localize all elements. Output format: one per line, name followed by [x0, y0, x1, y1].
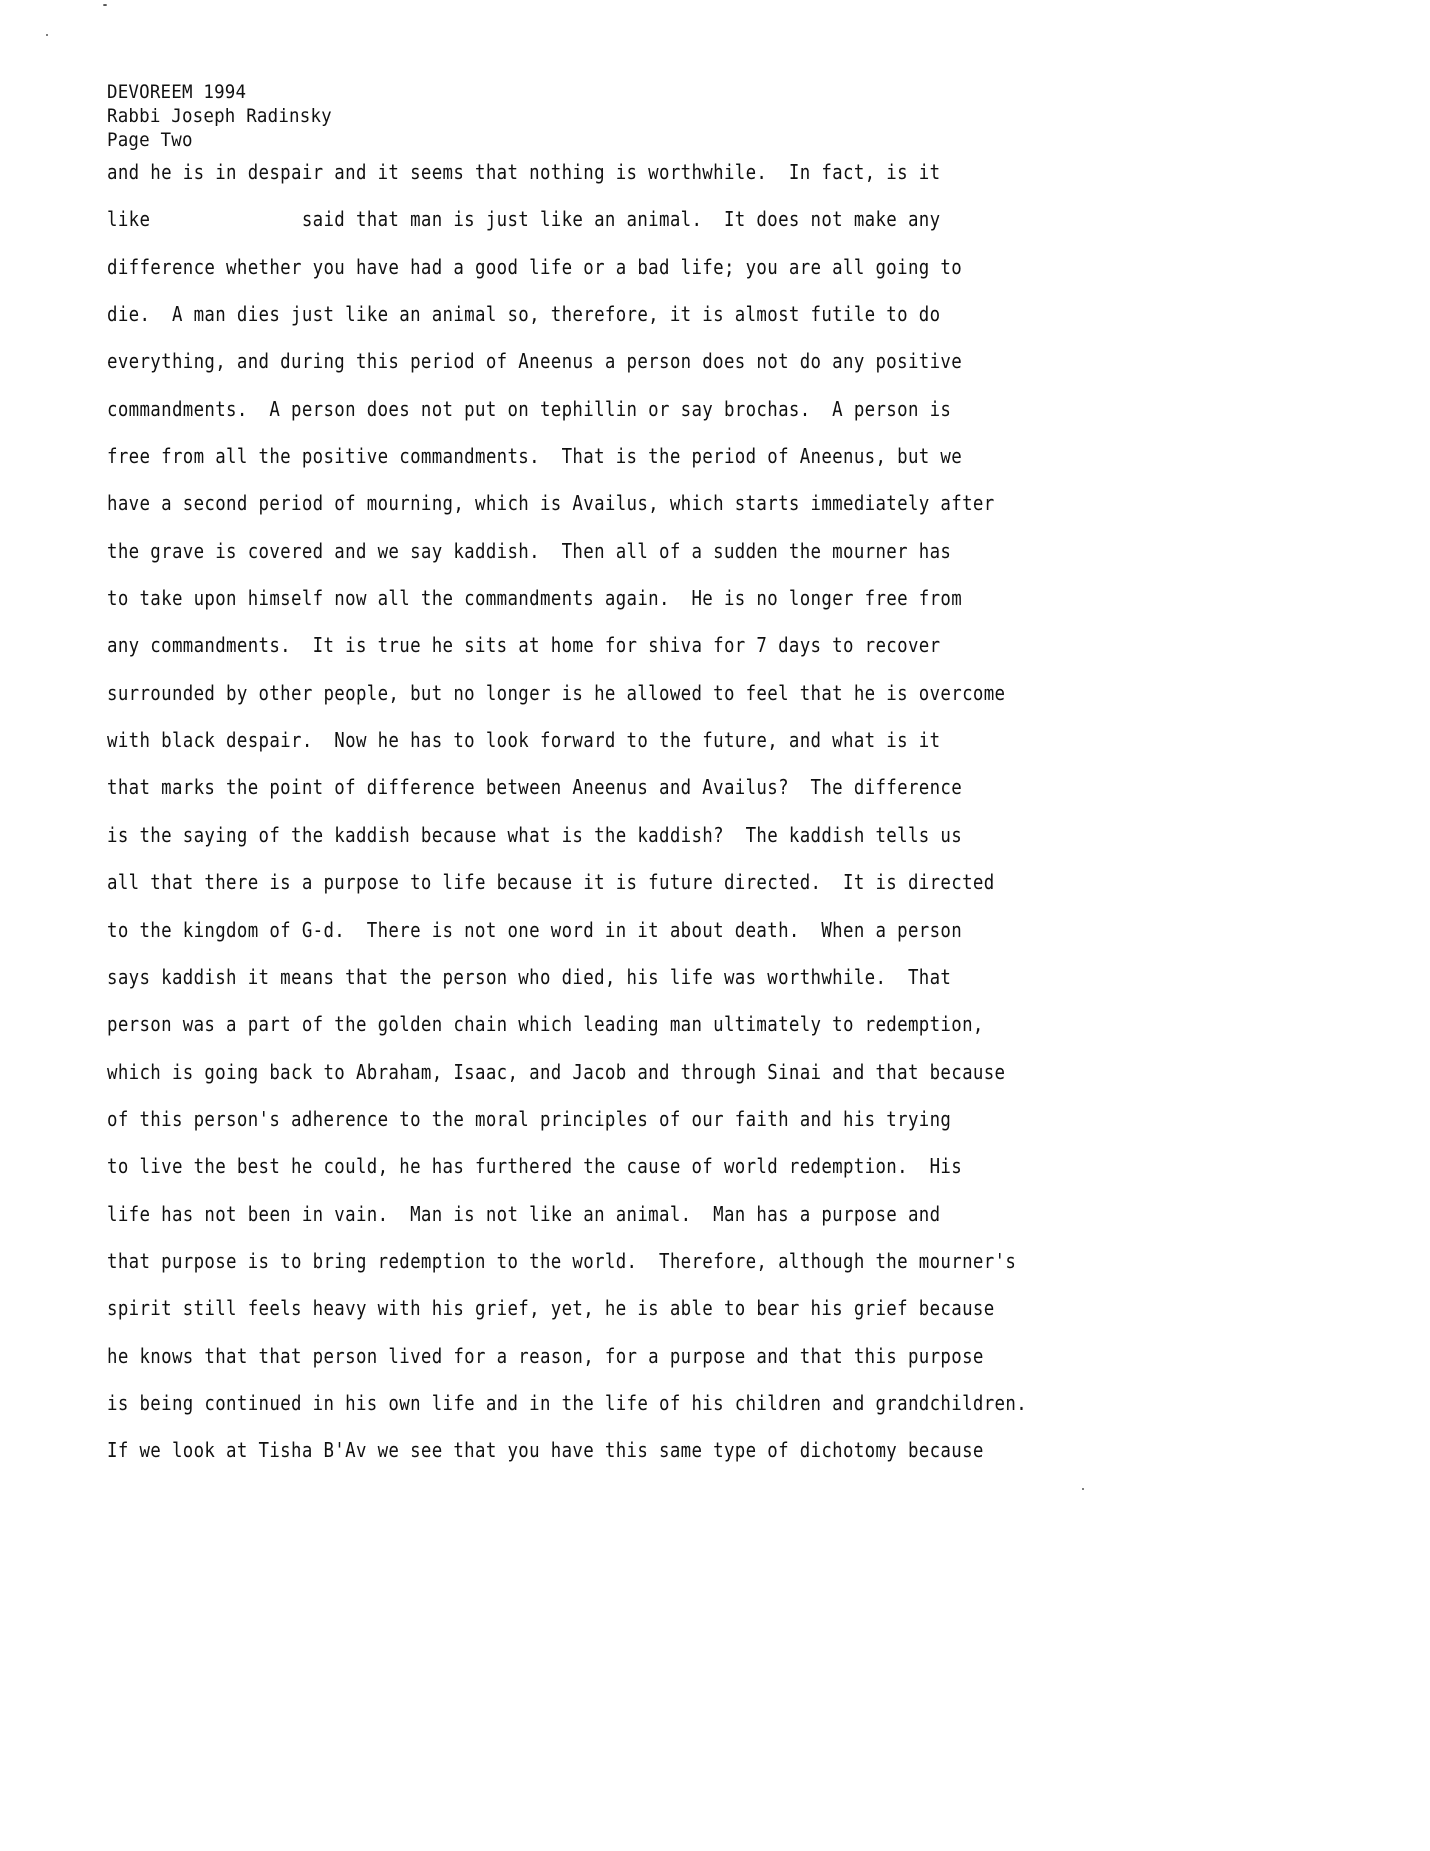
body-line: and he is in despair and it seems that n…: [107, 157, 1027, 204]
body-line: that purpose is to bring redemption to t…: [107, 1246, 1027, 1293]
body-line: with black despair. Now he has to look f…: [107, 725, 1027, 772]
document-body: and he is in despair and it seems that n…: [107, 157, 1165, 1483]
body-line: he knows that that person lived for a re…: [107, 1341, 1027, 1388]
body-line: die. A man dies just like an animal so, …: [107, 299, 1027, 346]
body-line: of this person's adherence to the moral …: [107, 1104, 1027, 1151]
scan-speck: [46, 34, 48, 36]
body-line: says kaddish it means that the person wh…: [107, 962, 1027, 1009]
body-line: to the kingdom of G-d. There is not one …: [107, 915, 1027, 962]
body-line: spirit still feels heavy with his grief,…: [107, 1293, 1027, 1340]
body-line: have a second period of mourning, which …: [107, 488, 1027, 535]
body-line: which is going back to Abraham, Isaac, a…: [107, 1057, 1027, 1104]
body-line: surrounded by other people, but no longe…: [107, 678, 1027, 725]
body-line: commandments. A person does not put on t…: [107, 394, 1027, 441]
body-line: that marks the point of difference betwe…: [107, 772, 1027, 819]
body-line: free from all the positive commandments.…: [107, 441, 1027, 488]
header-title: DEVOREEM 1994: [107, 80, 332, 104]
body-line: If we look at Tisha B'Av we see that you…: [107, 1435, 1027, 1482]
body-line: to take upon himself now all the command…: [107, 583, 1027, 630]
scan-speck: [1082, 1488, 1084, 1490]
body-line: everything, and during this period of An…: [107, 346, 1027, 393]
header-author: Rabbi Joseph Radinsky: [107, 104, 332, 128]
scan-speck: [103, 4, 107, 6]
body-line: like said that man is just like an anima…: [107, 204, 1027, 251]
body-line: is being continued in his own life and i…: [107, 1388, 1027, 1435]
body-line: is the saying of the kaddish because wha…: [107, 820, 1027, 867]
document-header: DEVOREEM 1994 Rabbi Joseph Radinsky Page…: [107, 80, 351, 152]
body-line: the grave is covered and we say kaddish.…: [107, 536, 1027, 583]
header-page-number: Page Two: [107, 128, 332, 152]
body-line: difference whether you have had a good l…: [107, 252, 1027, 299]
body-line: person was a part of the golden chain wh…: [107, 1009, 1027, 1056]
body-line: to live the best he could, he has furthe…: [107, 1151, 1027, 1198]
body-line: all that there is a purpose to life beca…: [107, 867, 1027, 914]
document-page: DEVOREEM 1994 Rabbi Joseph Radinsky Page…: [0, 0, 1430, 1851]
body-line: life has not been in vain. Man is not li…: [107, 1199, 1027, 1246]
body-line: any commandments. It is true he sits at …: [107, 630, 1027, 677]
